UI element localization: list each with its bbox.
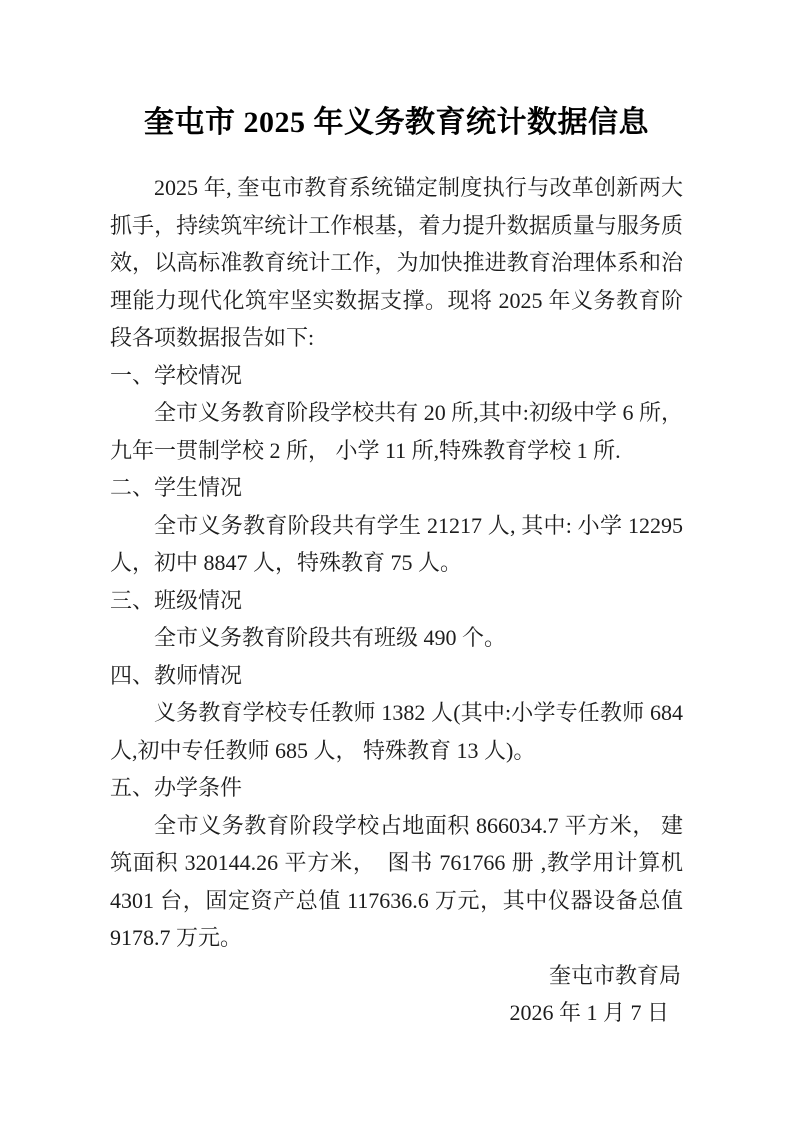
body-line: 人，初中 8847 人，特殊教育 75 人。 (110, 544, 683, 582)
body-line: 4301 台，固定资产总值 117636.6 万元，其中仪器设备总值 (110, 882, 683, 920)
section-heading: 一、学校情况 (110, 357, 683, 395)
body-line: 全市义务教育阶段学校占地面积 866034.7 平方米， 建 (110, 807, 683, 845)
document-title: 奎屯市 2025 年义务教育统计数据信息 (110, 100, 683, 145)
document-lines: 2025 年, 奎屯市教育系统锚定制度执行与改革创新两大抓手，持续筑牢统计工作根… (110, 169, 683, 957)
section-heading: 三、班级情况 (110, 582, 683, 620)
section-heading: 二、学生情况 (110, 469, 683, 507)
body-line: 全市义务教育阶段共有学生 21217 人, 其中: 小学 12295 (110, 507, 683, 545)
signature-date: 2026 年 1 月 7 日 (110, 994, 683, 1032)
section-heading: 五、办学条件 (110, 769, 683, 807)
body-line: 义务教育学校专任教师 1382 人(其中:小学专任教师 684 (110, 694, 683, 732)
body-line: 效，以高标准教育统计工作，为加快推进教育治理体系和治 (110, 244, 683, 282)
section-heading: 四、教师情况 (110, 657, 683, 695)
body-line: 筑面积 320144.26 平方米， 图书 761766 册 ,教学用计算机 (110, 844, 683, 882)
body-line: 九年一贯制学校 2 所， 小学 11 所,特殊教育学校 1 所. (110, 432, 683, 470)
body-line: 段各项数据报告如下: (110, 319, 683, 357)
body-line: 全市义务教育阶段共有班级 490 个。 (110, 619, 683, 657)
body-line: 2025 年, 奎屯市教育系统锚定制度执行与改革创新两大 (110, 169, 683, 207)
body-line: 人,初中专任教师 685 人， 特殊教育 13 人)。 (110, 732, 683, 770)
body-line: 9178.7 万元。 (110, 919, 683, 957)
body-line: 抓手，持续筑牢统计工作根基，着力提升数据质量与服务质 (110, 207, 683, 245)
body-line: 全市义务教育阶段学校共有 20 所,其中:初级中学 6 所， (110, 394, 683, 432)
document-page: 奎屯市 2025 年义务教育统计数据信息 2025 年, 奎屯市教育系统锚定制度… (0, 0, 793, 1122)
signature-org: 奎屯市教育局 (110, 957, 683, 995)
body-line: 理能力现代化筑牢坚实数据支撑。现将 2025 年义务教育阶 (110, 282, 683, 320)
